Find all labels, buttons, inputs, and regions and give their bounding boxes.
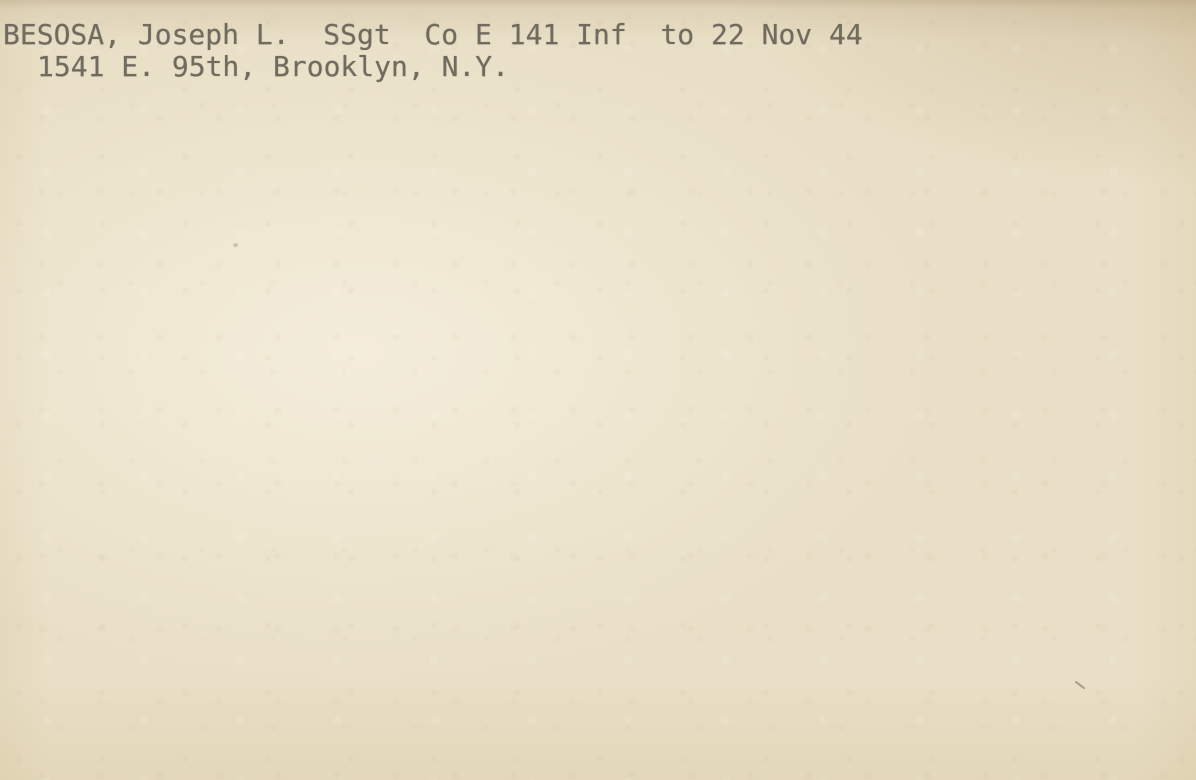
card-line-name-rank-unit-date: BESOSA, Joseph L. SSgt Co E 141 Inf to 2… [3, 19, 863, 51]
paper-grain-texture [0, 0, 1196, 780]
scanned-index-card: BESOSA, Joseph L. SSgt Co E 141 Inf to 2… [0, 0, 1196, 780]
card-line-address: 1541 E. 95th, Brooklyn, N.Y. [37, 51, 509, 83]
paper-speck-fiber [1075, 681, 1086, 690]
paper-speck-dot [233, 243, 238, 247]
